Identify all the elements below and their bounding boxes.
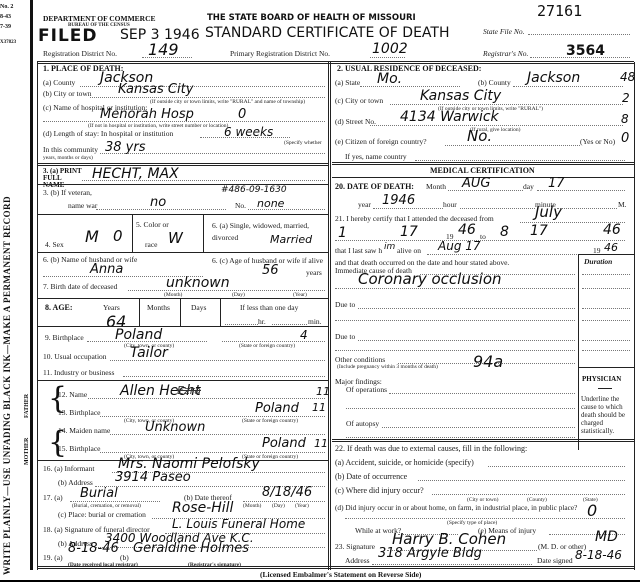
birthplace-sub-state: (State or foreign country) (239, 343, 295, 349)
spouse-age-suffix: years (306, 268, 322, 277)
death-year-value[interactable]: 1946 (382, 193, 415, 208)
death-month-label: Month (426, 182, 446, 191)
received-label: 19. (a) (43, 553, 63, 562)
marital-value[interactable]: Married (270, 233, 312, 246)
registrar-sig-label: (b) (120, 553, 129, 562)
residence-city-value[interactable]: Kansas City (420, 88, 501, 104)
date-signed-value[interactable]: 8-18-46 (575, 548, 622, 562)
embalmer-note: (Licensed Embalmer's Statement on Revers… (260, 570, 421, 579)
citizen-label: (e) Citizen of foreign country? (335, 137, 427, 146)
residence-street-value[interactable]: 4134 Warwick (400, 109, 499, 125)
father-bp-code: 11 (312, 401, 326, 414)
margin-instruction: WRITE PLAINLY—USE UNFADING BLACK INK—MAK… (2, 196, 12, 575)
physician-address-label: Address (345, 556, 370, 565)
date-sub-month: (Month) (243, 503, 261, 509)
age-col-months: Months (147, 303, 170, 312)
mother-birthplace-label: 15. Birthplace (58, 444, 101, 453)
mother-maiden-value[interactable]: Unknown (145, 420, 205, 435)
home-injury-label: (d) Did injury occur in or about home, o… (335, 503, 577, 512)
citizen-value[interactable]: No. (467, 127, 492, 145)
accident-label: (a) Accident, suicide, or homicide (spec… (335, 458, 474, 467)
residence-state-value[interactable]: Mo. (377, 71, 402, 87)
birthplace-label: 9. Birthplace (45, 333, 84, 342)
residence-street-code: 8 (621, 112, 629, 126)
spouse-value[interactable]: Anna (90, 262, 123, 277)
veteran-label: 3. (b) If veteran, (43, 188, 92, 197)
state-file-label: State File No. (483, 27, 524, 36)
stay-value[interactable]: 6 weeks (224, 125, 273, 139)
death-date-label: 20. DATE OF DEATH: (335, 182, 414, 191)
physician-label: PHYSICIAN (582, 375, 621, 383)
attend-year-2[interactable]: 46 (603, 222, 621, 238)
autopsy-label: Of autopsy (346, 419, 379, 428)
stamp-number: 27161 (537, 2, 582, 20)
underline-note: Underline the cause to which death shoul… (581, 395, 633, 435)
veteran-no-label: No. (235, 201, 246, 210)
community-note: years, months or days) (43, 155, 93, 161)
burial-place-value[interactable]: Rose-Hill (172, 500, 233, 516)
attend-line-1: 1 (338, 225, 347, 241)
date-sub-day: (Day) (272, 503, 285, 509)
father-side-label: FATHER (24, 394, 30, 418)
birth-date-value[interactable]: unknown (166, 275, 230, 291)
death-city-note: (If outside city or town limits, write "… (150, 99, 305, 105)
medical-heading: MEDICAL CERTIFICATION (430, 166, 535, 175)
mother-side-label: MOTHER (24, 438, 30, 465)
last-saw-him: im (384, 242, 395, 252)
occurrence-label: (b) Date of occurrence (335, 472, 407, 481)
attend-to-day[interactable]: 17 (530, 223, 548, 239)
other-conditions-code: 94a (473, 352, 503, 371)
last-saw-label: that I last saw h (335, 246, 382, 255)
other-conditions-label: Other conditions (335, 355, 385, 364)
death-day-value[interactable]: 17 (548, 176, 565, 191)
home-injury-value: 0 (587, 501, 597, 520)
spouse-age-value[interactable]: 56 (262, 263, 279, 278)
death-city-label: (b) City or town (43, 89, 92, 98)
veteran-no-value[interactable]: none (257, 197, 284, 210)
filed-stamp: FILED (38, 26, 98, 46)
registration-district-label: Registration District No. (43, 49, 117, 58)
age-col-less-day: If less than one day (240, 303, 298, 312)
age-col-days: Days (191, 303, 206, 312)
registrar-label: Registrar's No. (483, 49, 528, 58)
residence-heading: 2. USUAL RESIDENCE OF DECEASED: (337, 64, 481, 73)
signature-label: 23. Signature (335, 542, 375, 551)
residence-county-label: (b) County (478, 78, 511, 87)
other-conditions-sub: (Include pregnancy within 3 months of de… (337, 364, 438, 370)
attend-year-1[interactable]: 46 (458, 222, 476, 238)
residence-state-label: (a) State (335, 78, 360, 87)
race-value[interactable]: W (168, 229, 183, 247)
primary-district-value: 1002 (372, 41, 408, 57)
full-name-label: 3. (a) PRINT FULL NAME (43, 168, 83, 189)
primary-district-label: Primary Registration District No. (230, 49, 330, 58)
birth-date-label: 7. Birth date of deceased (43, 282, 117, 291)
age-col-years: Years (103, 303, 120, 312)
attend-from-month[interactable]: July (535, 203, 562, 221)
immediate-cause-value[interactable]: Coronary occlusion (358, 270, 502, 288)
duration-label: Duration (584, 257, 612, 266)
color-label: 5. Color or (136, 220, 169, 229)
state-board-label: THE STATE BOARD OF HEALTH OF MISSOURI (207, 13, 416, 23)
alive-year-value[interactable]: 46 (604, 241, 618, 254)
received-date-value[interactable]: 8-18-46 (68, 541, 119, 556)
death-hour-label: hour (443, 200, 457, 209)
form-code-4: X37823 (0, 40, 16, 45)
father-name-label: 12. Name (58, 390, 87, 399)
date-sub-year: (Year) (295, 503, 309, 509)
sex-margin-code: 0 (113, 227, 123, 245)
country-label: If yes, name country (345, 152, 407, 161)
hospital-margin-code: 0 (238, 107, 246, 122)
full-name-value[interactable]: HECHT, MAX (92, 166, 179, 182)
war-label: name war (68, 201, 97, 210)
disposition-value[interactable]: Burial (80, 486, 118, 501)
residence-county-value[interactable]: Jackson (527, 70, 580, 86)
registration-district-value: 149 (148, 40, 179, 59)
sex-label: 4. Sex (45, 240, 64, 249)
attend-to-value[interactable]: 8 (500, 224, 509, 240)
form-code-1: No. 2 (0, 4, 13, 10)
death-m-label: M. (618, 200, 627, 209)
death-year-label: year (358, 200, 371, 209)
death-day-label: day (523, 182, 534, 191)
alive-on-label: alive on (397, 246, 421, 255)
father-birthplace-value[interactable]: Poland (255, 401, 299, 416)
mother-birthplace-value[interactable]: Poland (262, 436, 306, 451)
race-label: race (145, 240, 157, 249)
informant-label: 16. (a) Informant (43, 464, 94, 473)
hospital-value[interactable]: Menorah Hosp (100, 107, 194, 122)
department-label: DEPARTMENT OF COMMERCE (43, 14, 156, 23)
form-code-2: 8-43 (0, 14, 11, 20)
father-bp-sub-state: (State or foreign country) (242, 418, 298, 424)
registrar-signature[interactable]: Geraldine Holmes (133, 541, 249, 556)
residence-county-code: 48 (620, 70, 635, 84)
sex-value[interactable]: M (85, 227, 99, 246)
death-city-value[interactable]: Kansas City (118, 82, 193, 97)
death-month-value[interactable]: AUG (462, 176, 490, 191)
registrar-number: 3564 (566, 43, 605, 59)
alive-on-value[interactable]: Aug 17 (438, 239, 481, 253)
stay-note: (Specify whether (284, 140, 322, 146)
md-value: MD (595, 529, 618, 545)
occupation-value[interactable]: Tailor (130, 345, 168, 361)
stay-label: (d) Length of stay: In hospital or insti… (43, 129, 173, 138)
disposition-date-value[interactable]: 8/18/46 (262, 485, 312, 500)
residence-city-code: 2 (622, 91, 630, 105)
external-causes-label: 22. If death was due to external causes,… (335, 444, 527, 453)
where-injury-label: (c) Where did injury occur? (335, 486, 424, 495)
father-name-strike: Ezra (177, 384, 201, 397)
operations-label: Of operations (346, 385, 387, 394)
residence-city-label: (c) City or town (335, 96, 383, 105)
birthplace-value[interactable]: Poland (115, 327, 162, 343)
citizen-code: 0 (621, 131, 629, 146)
mother-bp-code: 11 (314, 437, 328, 450)
birthplace-code: 4 (300, 328, 308, 342)
informant-address-value[interactable]: 3914 Paseo (115, 470, 191, 485)
community-value[interactable]: 38 yrs (105, 140, 146, 155)
age-hr-label: hr. (258, 317, 266, 326)
ss-annotation: #486-09-1630 (221, 185, 287, 195)
disposition-sub: (Burial, cremation, or removal) (72, 503, 141, 509)
date-signed-label: Date signed (537, 556, 573, 565)
father-code: 11 (316, 385, 330, 398)
father-birthplace-label: 13. Birthplace (58, 408, 101, 417)
occupation-label: 10. Usual occupation (43, 352, 107, 361)
due-to-label-1: Due to (335, 300, 355, 309)
age-min-label: min. (308, 317, 322, 326)
certificate-title: STANDARD CERTIFICATE OF DEATH (205, 25, 450, 41)
attend-line-2[interactable]: 17 (400, 224, 418, 240)
mother-maiden-label: 14. Maiden name (58, 426, 110, 435)
physician-address-value[interactable]: 318 Argyle Bldg (378, 546, 482, 561)
due-to-label-2: Due to (335, 332, 355, 341)
burial-place-label: (c) Place: burial or cremation (58, 510, 146, 519)
citizen-suffix: (Yes or No) (580, 137, 615, 146)
funeral-director-value[interactable]: L. Louis Funeral Home (172, 517, 305, 531)
age-label: 8. AGE: (45, 303, 73, 312)
death-county-label: (a) County (43, 78, 75, 87)
disposition-label: 17. (a) (43, 493, 63, 502)
form-code-3: 7-39 (0, 24, 11, 30)
community-label: In this community (43, 145, 98, 154)
war-value[interactable]: no (150, 195, 166, 210)
industry-label: 11. Industry or business (43, 368, 114, 377)
